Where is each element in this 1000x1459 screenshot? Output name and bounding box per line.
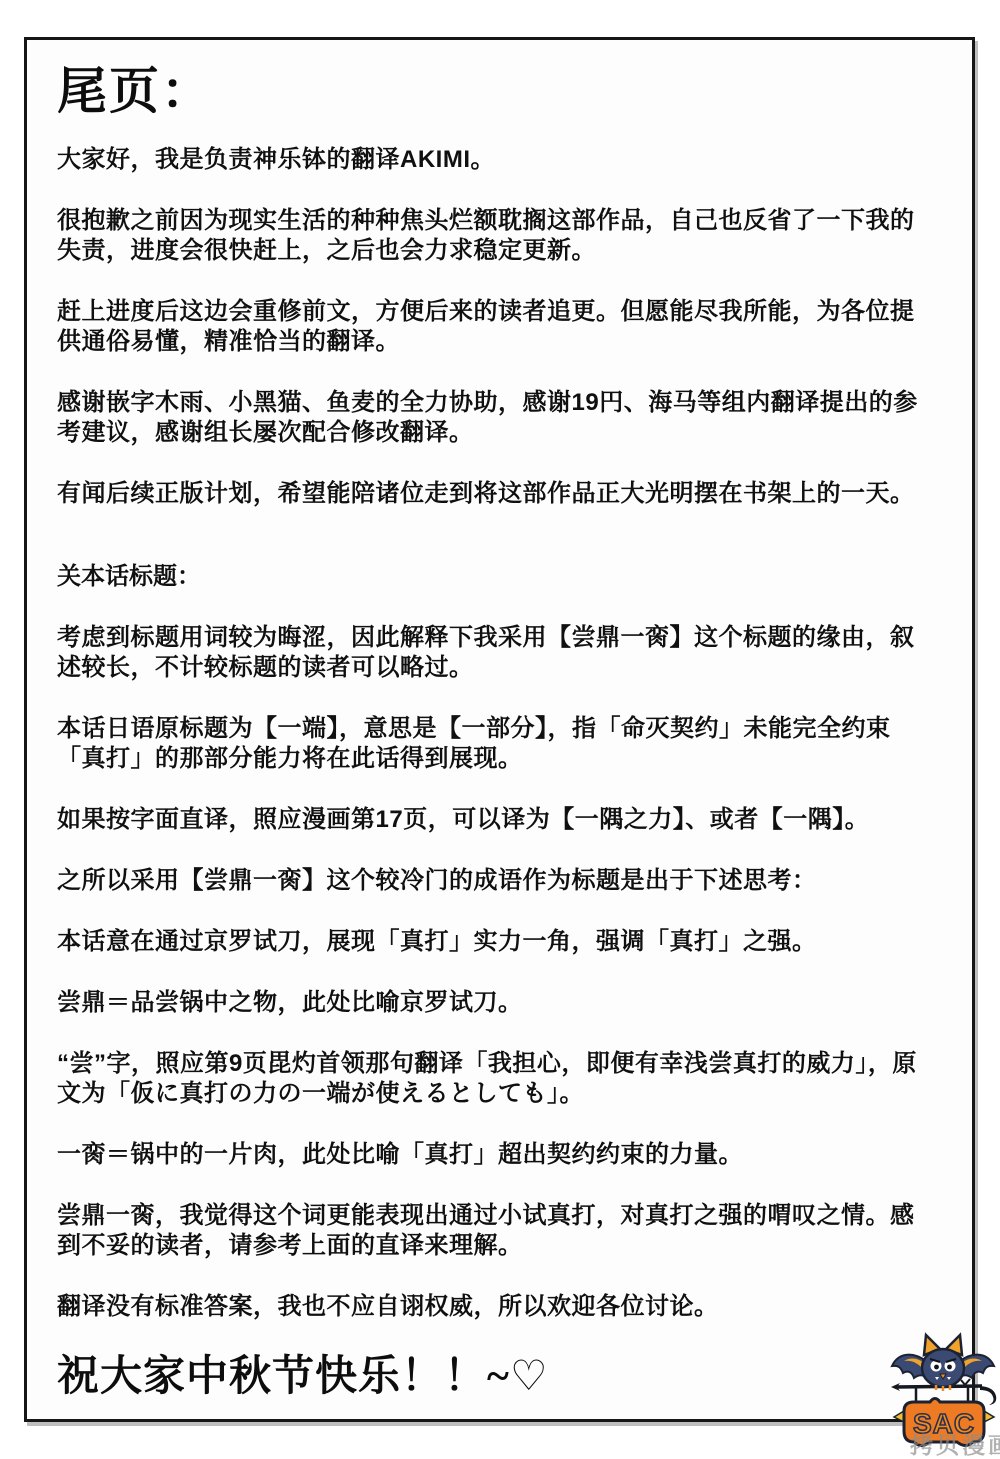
branch-curl [980,1386,996,1405]
page-title: 尾页： [57,64,932,119]
explanation-paragraph-6: 尝鼎＝品尝锅中之物，此处比喻京罗试刀。 [57,988,932,1018]
intro-paragraph-4: 感谢嵌字木雨、小黑猫、鱼麦的全力协助，感谢19円、海马等组内翻译提出的参考建议，… [57,388,932,448]
explanation-paragraph-1: 考虑到标题用词较为晦涩，因此解释下我采用【尝鼎一脔】这个标题的缘由，叙述较长，不… [57,623,932,683]
explanation-paragraph-5: 本话意在通过京罗试刀，展现「真打」实力一角，强调「真打」之强。 [57,927,932,957]
explanation-paragraph-8: 一脔＝锅中的一片肉，此处比喻「真打」超出契约约束的力量。 [57,1140,932,1170]
explanation-paragraph-9: 尝鼎一脔，我觉得这个词更能表现出通过小试真打，对真打之强的喟叹之情。感到不妥的读… [57,1201,932,1261]
explanation-paragraph-3: 如果按字面直译，照应漫画第17页，可以译为【一隅之力】、或者【一隅】。 [57,805,932,835]
intro-paragraph-1: 大家好，我是负责神乐钵的翻译AKIMI。 [57,145,932,175]
bat-left-pupil [934,1365,939,1370]
intro-paragraph-5: 有闻后续正版计划，希望能陪诸位走到将这部作品正大光明摆在书架上的一天。 [57,479,932,509]
bat-right-pupil [947,1365,952,1370]
holiday-greeting: 祝大家中秋节快乐！！~♡ [57,1353,932,1401]
watermark: 拷贝漫画 [910,1427,1000,1459]
bat-body [922,1349,964,1387]
translator-afterword-page: 尾页： 大家好，我是负责神乐钵的翻译AKIMI。 很抱歉之前因为现实生活的种种焦… [0,0,1000,1459]
section-heading-title-notes: 关本话标题： [57,562,932,592]
closing-paragraph: 翻译没有标准答案，我也不应自诩权威，所以欢迎各位讨论。 [57,1292,932,1322]
explanation-paragraph-4: 之所以采用【尝鼎一脔】这个较冷门的成语作为标题是出于下述思考： [57,866,932,896]
explanation-paragraph-7: “尝”字，照应第9页毘灼首领那句翻译「我担心，即便有幸浅尝真打的威力」，原文为「… [57,1049,932,1109]
page-frame: 尾页： 大家好，我是负责神乐钵的翻译AKIMI。 很抱歉之前因为现实生活的种种焦… [24,37,975,1422]
explanation-paragraph-2: 本话日语原标题为【一端】，意思是【一部分】，指「命灭契约」未能完全约束「真打」的… [57,714,932,774]
intro-paragraph-3: 赶上进度后这边会重修前文，方便后来的读者追更。但愿能尽我所能，为各位提供通俗易懂… [57,297,932,357]
intro-paragraph-2: 很抱歉之前因为现实生活的种种焦头烂额耽搁这部作品，自己也反省了一下我的失责，进度… [57,206,932,266]
